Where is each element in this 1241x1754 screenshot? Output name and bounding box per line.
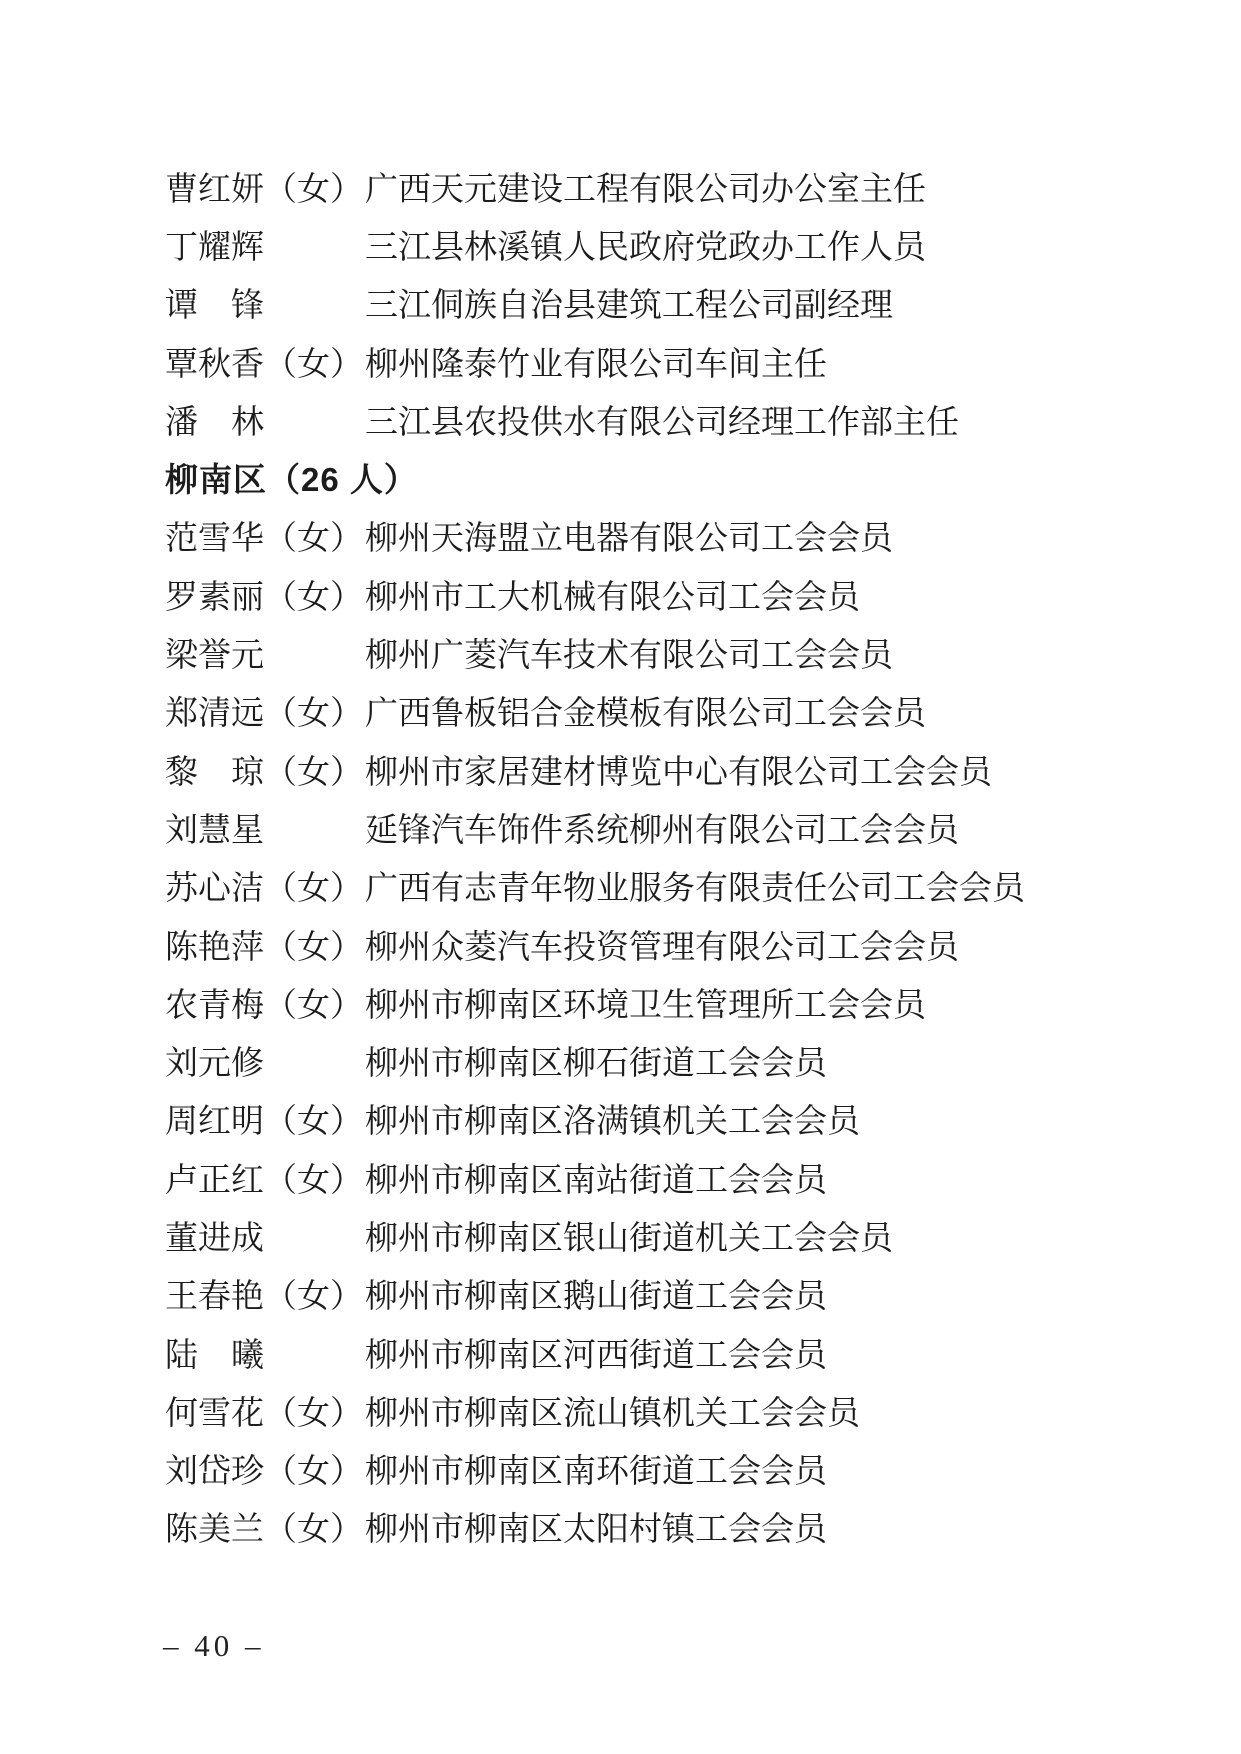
person-name: 曹红妍 bbox=[165, 163, 264, 210]
person-name: 谭 锋 bbox=[165, 279, 264, 326]
name-cell: 周红明（女） bbox=[165, 1095, 365, 1142]
organization-title: 柳州市柳南区鹅山街道工会会员 bbox=[365, 1270, 827, 1317]
name-cell: 苏心洁（女） bbox=[165, 862, 365, 909]
name-cell: 农青梅（女） bbox=[165, 979, 365, 1026]
name-cell: 郑清远（女） bbox=[165, 687, 365, 734]
name-cell: 董进成 bbox=[165, 1212, 365, 1259]
name-cell: 覃秋香（女） bbox=[165, 338, 365, 385]
table-row: 黎 琼（女）柳州市家居建材博览中心有限公司工会会员 bbox=[165, 740, 1201, 798]
table-row: 谭 锋三江侗族自治县建筑工程公司副经理 bbox=[165, 274, 1201, 332]
person-name: 潘 林 bbox=[165, 396, 264, 443]
table-row: 卢正红（女）柳州市柳南区南站街道工会会员 bbox=[165, 1148, 1201, 1206]
table-row: 刘慧星延锋汽车饰件系统柳州有限公司工会会员 bbox=[165, 798, 1201, 856]
organization-title: 广西天元建设工程有限公司办公室主任 bbox=[365, 163, 926, 210]
table-row: 农青梅（女）柳州市柳南区环境卫生管理所工会会员 bbox=[165, 973, 1201, 1031]
table-row: 苏心洁（女）广西有志青年物业服务有限责任公司工会会员 bbox=[165, 857, 1201, 915]
gender-marker: （女） bbox=[264, 1270, 363, 1317]
table-row: 曹红妍（女）广西天元建设工程有限公司办公室主任 bbox=[165, 157, 1201, 215]
organization-title: 柳州市家居建材博览中心有限公司工会会员 bbox=[365, 746, 992, 793]
person-name: 刘岱珍 bbox=[165, 1445, 264, 1492]
organization-title: 广西有志青年物业服务有限责任公司工会会员 bbox=[365, 862, 1025, 909]
gender-marker: （女） bbox=[264, 687, 363, 734]
table-row: 刘元修柳州市柳南区柳石街道工会会员 bbox=[165, 1031, 1201, 1089]
gender-marker: （女） bbox=[264, 338, 363, 385]
organization-title: 柳州市柳南区环境卫生管理所工会会员 bbox=[365, 979, 926, 1026]
name-cell: 黎 琼（女） bbox=[165, 746, 365, 793]
name-cell: 范雪华（女） bbox=[165, 512, 365, 559]
person-name: 苏心洁 bbox=[165, 862, 264, 909]
name-cell: 梁誉元 bbox=[165, 629, 365, 676]
name-cell: 丁耀辉 bbox=[165, 221, 365, 268]
person-name: 陈艳萍 bbox=[165, 921, 264, 968]
person-name: 丁耀辉 bbox=[165, 221, 264, 268]
table-row: 覃秋香（女）柳州隆泰竹业有限公司车间主任 bbox=[165, 332, 1201, 390]
gender-marker: （女） bbox=[264, 1387, 363, 1434]
gender-marker: （女） bbox=[264, 746, 363, 793]
person-name: 王春艳 bbox=[165, 1270, 264, 1317]
person-name: 农青梅 bbox=[165, 979, 264, 1026]
person-name: 董进成 bbox=[165, 1212, 264, 1259]
person-name: 范雪华 bbox=[165, 512, 264, 559]
person-name: 黎 琼 bbox=[165, 746, 264, 793]
name-cell: 何雪花（女） bbox=[165, 1387, 365, 1434]
table-row: 梁誉元柳州广菱汽车技术有限公司工会会员 bbox=[165, 623, 1201, 681]
organization-title: 三江县农投供水有限公司经理工作部主任 bbox=[365, 396, 959, 443]
person-name: 何雪花 bbox=[165, 1387, 264, 1434]
gender-marker: （女） bbox=[264, 862, 363, 909]
name-cell: 谭 锋 bbox=[165, 279, 365, 326]
person-name: 梁誉元 bbox=[165, 629, 264, 676]
organization-title: 三江县林溪镇人民政府党政办工作人员 bbox=[365, 221, 926, 268]
document-page: 曹红妍（女）广西天元建设工程有限公司办公室主任丁耀辉三江县林溪镇人民政府党政办工… bbox=[0, 0, 1241, 1754]
section-heading-label: 柳南区（26 人） bbox=[165, 454, 418, 501]
table-row: 何雪花（女）柳州市柳南区流山镇机关工会会员 bbox=[165, 1381, 1201, 1439]
organization-title: 柳州市柳南区河西街道工会会员 bbox=[365, 1329, 827, 1376]
name-cell: 潘 林 bbox=[165, 396, 365, 443]
table-row: 周红明（女）柳州市柳南区洛满镇机关工会会员 bbox=[165, 1090, 1201, 1148]
name-cell: 曹红妍（女） bbox=[165, 163, 365, 210]
organization-title: 柳州市柳南区太阳村镇工会会员 bbox=[365, 1503, 827, 1550]
table-row: 陈艳萍（女）柳州众菱汽车投资管理有限公司工会会员 bbox=[165, 915, 1201, 973]
name-cell: 罗素丽（女） bbox=[165, 571, 365, 618]
organization-title: 柳州市柳南区南环街道工会会员 bbox=[365, 1445, 827, 1492]
gender-marker: （女） bbox=[264, 571, 363, 618]
person-name: 刘慧星 bbox=[165, 804, 264, 851]
name-cell: 刘岱珍（女） bbox=[165, 1445, 365, 1492]
organization-title: 柳州隆泰竹业有限公司车间主任 bbox=[365, 338, 827, 385]
person-name: 郑清远 bbox=[165, 687, 264, 734]
organization-title: 三江侗族自治县建筑工程公司副经理 bbox=[365, 279, 893, 326]
table-row: 王春艳（女）柳州市柳南区鹅山街道工会会员 bbox=[165, 1265, 1201, 1323]
name-cell: 卢正红（女） bbox=[165, 1154, 365, 1201]
table-row: 董进成柳州市柳南区银山街道机关工会会员 bbox=[165, 1206, 1201, 1264]
gender-marker: （女） bbox=[264, 979, 363, 1026]
organization-title: 广西鲁板铝合金模板有限公司工会会员 bbox=[365, 687, 926, 734]
table-row: 刘岱珍（女）柳州市柳南区南环街道工会会员 bbox=[165, 1440, 1201, 1498]
gender-marker: （女） bbox=[264, 1503, 363, 1550]
table-row: 郑清远（女）广西鲁板铝合金模板有限公司工会会员 bbox=[165, 682, 1201, 740]
organization-title: 柳州市柳南区柳石街道工会会员 bbox=[365, 1037, 827, 1084]
organization-title: 延锋汽车饰件系统柳州有限公司工会会员 bbox=[365, 804, 959, 851]
table-row: 范雪华（女）柳州天海盟立电器有限公司工会会员 bbox=[165, 507, 1201, 565]
page-number: – 40 – bbox=[163, 1628, 265, 1664]
organization-title: 柳州广菱汽车技术有限公司工会会员 bbox=[365, 629, 893, 676]
person-name: 陆 曦 bbox=[165, 1329, 264, 1376]
gender-marker: （女） bbox=[264, 921, 363, 968]
gender-marker: （女） bbox=[264, 1095, 363, 1142]
organization-title: 柳州众菱汽车投资管理有限公司工会会员 bbox=[365, 921, 959, 968]
name-cell: 陆 曦 bbox=[165, 1329, 365, 1376]
person-name: 卢正红 bbox=[165, 1154, 264, 1201]
person-name: 周红明 bbox=[165, 1095, 264, 1142]
organization-title: 柳州市工大机械有限公司工会会员 bbox=[365, 571, 860, 618]
table-row: 陆 曦柳州市柳南区河西街道工会会员 bbox=[165, 1323, 1201, 1381]
name-cell: 刘元修 bbox=[165, 1037, 365, 1084]
name-cell: 陈艳萍（女） bbox=[165, 921, 365, 968]
person-name: 覃秋香 bbox=[165, 338, 264, 385]
roster-list: 曹红妍（女）广西天元建设工程有限公司办公室主任丁耀辉三江县林溪镇人民政府党政办工… bbox=[165, 157, 1201, 1556]
organization-title: 柳州市柳南区洛满镇机关工会会员 bbox=[365, 1095, 860, 1142]
organization-title: 柳州市柳南区银山街道机关工会会员 bbox=[365, 1212, 893, 1259]
table-row: 丁耀辉三江县林溪镇人民政府党政办工作人员 bbox=[165, 215, 1201, 273]
organization-title: 柳州市柳南区流山镇机关工会会员 bbox=[365, 1387, 860, 1434]
name-cell: 王春艳（女） bbox=[165, 1270, 365, 1317]
gender-marker: （女） bbox=[264, 163, 363, 210]
gender-marker: （女） bbox=[264, 1445, 363, 1492]
gender-marker: （女） bbox=[264, 512, 363, 559]
gender-marker: （女） bbox=[264, 1154, 363, 1201]
name-cell: 陈美兰（女） bbox=[165, 1503, 365, 1550]
table-row: 陈美兰（女）柳州市柳南区太阳村镇工会会员 bbox=[165, 1498, 1201, 1556]
section-heading: 柳南区（26 人） bbox=[165, 448, 1201, 506]
table-row: 潘 林三江县农投供水有限公司经理工作部主任 bbox=[165, 390, 1201, 448]
organization-title: 柳州市柳南区南站街道工会会员 bbox=[365, 1154, 827, 1201]
person-name: 罗素丽 bbox=[165, 571, 264, 618]
person-name: 刘元修 bbox=[165, 1037, 264, 1084]
organization-title: 柳州天海盟立电器有限公司工会会员 bbox=[365, 512, 893, 559]
person-name: 陈美兰 bbox=[165, 1503, 264, 1550]
name-cell: 刘慧星 bbox=[165, 804, 365, 851]
table-row: 罗素丽（女）柳州市工大机械有限公司工会会员 bbox=[165, 565, 1201, 623]
